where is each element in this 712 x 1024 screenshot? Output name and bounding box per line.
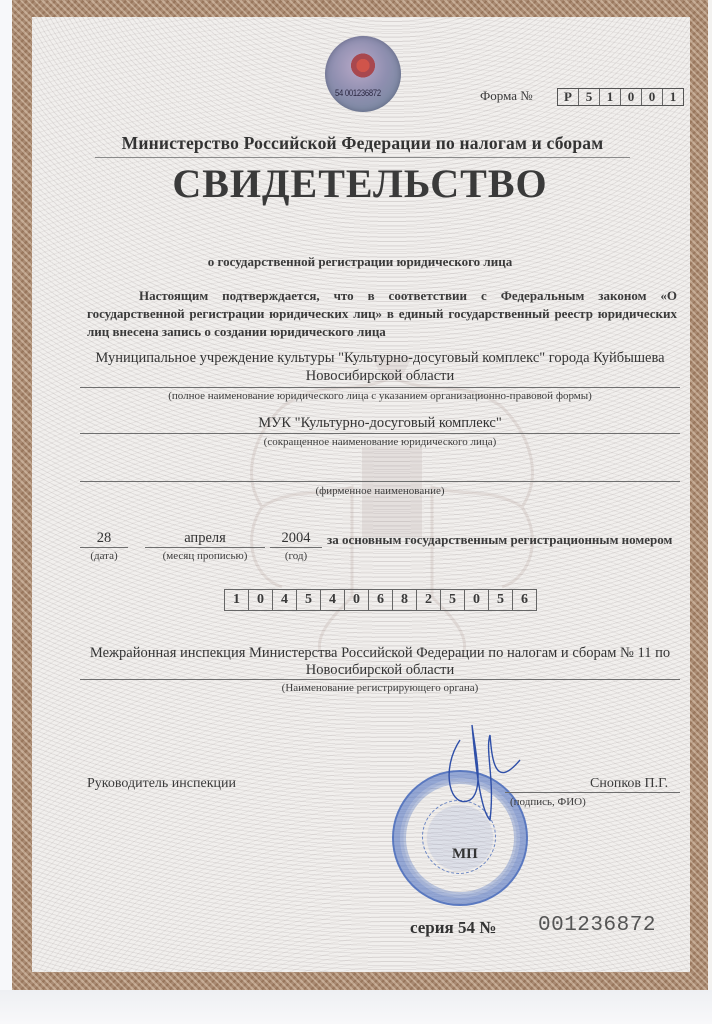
- form-code-char: 0: [621, 89, 642, 105]
- signature-rule: [505, 792, 680, 793]
- ogrn-digit: 1: [225, 590, 249, 610]
- date-month: апреля: [145, 530, 265, 547]
- date-day-rule: [80, 547, 128, 548]
- form-code-char: 0: [642, 89, 663, 105]
- form-label: Форма №: [480, 88, 533, 104]
- date-year: 2004: [270, 530, 322, 547]
- brand-name-rule: [80, 481, 680, 482]
- ogrn-digit: 6: [513, 590, 536, 610]
- divider: [95, 157, 630, 158]
- scan-margin: [0, 990, 712, 1024]
- ogrn-digit: 0: [345, 590, 369, 610]
- ogrn-digit: 5: [441, 590, 465, 610]
- date-day-caption: (дата): [80, 550, 128, 562]
- signature-caption: (подпись, ФИО): [510, 796, 586, 808]
- official-stamp-icon: [392, 770, 528, 906]
- short-name-rule: [80, 433, 680, 434]
- form-code-char: 1: [600, 89, 621, 105]
- ministry-heading: Министерство Российской Федерации по нал…: [100, 133, 625, 154]
- full-name-rule: [80, 387, 680, 388]
- ogrn-digit: 4: [321, 590, 345, 610]
- ogrn-boxes: 1 0 4 5 4 0 6 8 2 5 0 5 6: [224, 589, 537, 611]
- date-day: 28: [80, 530, 128, 547]
- hologram-number: 54 001236872: [335, 88, 386, 98]
- form-code-char: 1: [663, 89, 683, 105]
- certification-text: Настоящим подтверждается, что в соответс…: [87, 287, 677, 341]
- full-name-line1: Муниципальное учреждение культуры "Культ…: [80, 350, 680, 367]
- form-code-char: 5: [579, 89, 600, 105]
- ogrn-digit: 5: [489, 590, 513, 610]
- form-code-boxes: Р 5 1 0 0 1: [557, 88, 684, 106]
- ogrn-digit: 0: [249, 590, 273, 610]
- date-month-rule: [145, 547, 265, 548]
- full-name-caption: (полное наименование юридического лица с…: [80, 390, 680, 402]
- hologram-seal: 54 001236872: [325, 36, 401, 112]
- authority-caption: (Наименование регистрирующего органа): [80, 682, 680, 694]
- authority-rule: [80, 679, 680, 680]
- authority-line2: Новосибирской области: [80, 662, 680, 679]
- ogrn-label: за основным государственным регистрацион…: [327, 532, 672, 548]
- brand-name-caption: (фирменное наименование): [80, 485, 680, 497]
- date-year-caption: (год): [270, 550, 322, 562]
- ogrn-digit: 4: [273, 590, 297, 610]
- series-label: серия 54 №: [410, 918, 496, 938]
- ogrn-digit: 0: [465, 590, 489, 610]
- ogrn-digit: 5: [297, 590, 321, 610]
- ogrn-digit: 6: [369, 590, 393, 610]
- stamp-label: МП: [452, 846, 478, 863]
- signatory-name: Снопков П.Г.: [590, 776, 668, 792]
- document-subtitle: о государственной регистрации юридическо…: [140, 254, 580, 270]
- form-code-char: Р: [558, 89, 579, 105]
- ogrn-digit: 8: [393, 590, 417, 610]
- signatory-position: Руководитель инспекции: [87, 776, 236, 792]
- authority-line1: Межрайонная инспекция Министерства Росси…: [80, 645, 680, 662]
- full-name-line2: Новосибирской области: [80, 368, 680, 385]
- series-number: 001236872: [538, 914, 656, 937]
- date-month-caption: (месяц прописью): [145, 550, 265, 562]
- coat-of-arms-icon: [349, 52, 377, 82]
- short-name: МУК "Культурно-досуговый комплекс": [80, 415, 680, 432]
- short-name-caption: (сокращенное наименование юридического л…: [80, 436, 680, 448]
- date-year-rule: [270, 547, 322, 548]
- document-title: СВИДЕТЕЛЬСТВО: [150, 160, 570, 207]
- ogrn-digit: 2: [417, 590, 441, 610]
